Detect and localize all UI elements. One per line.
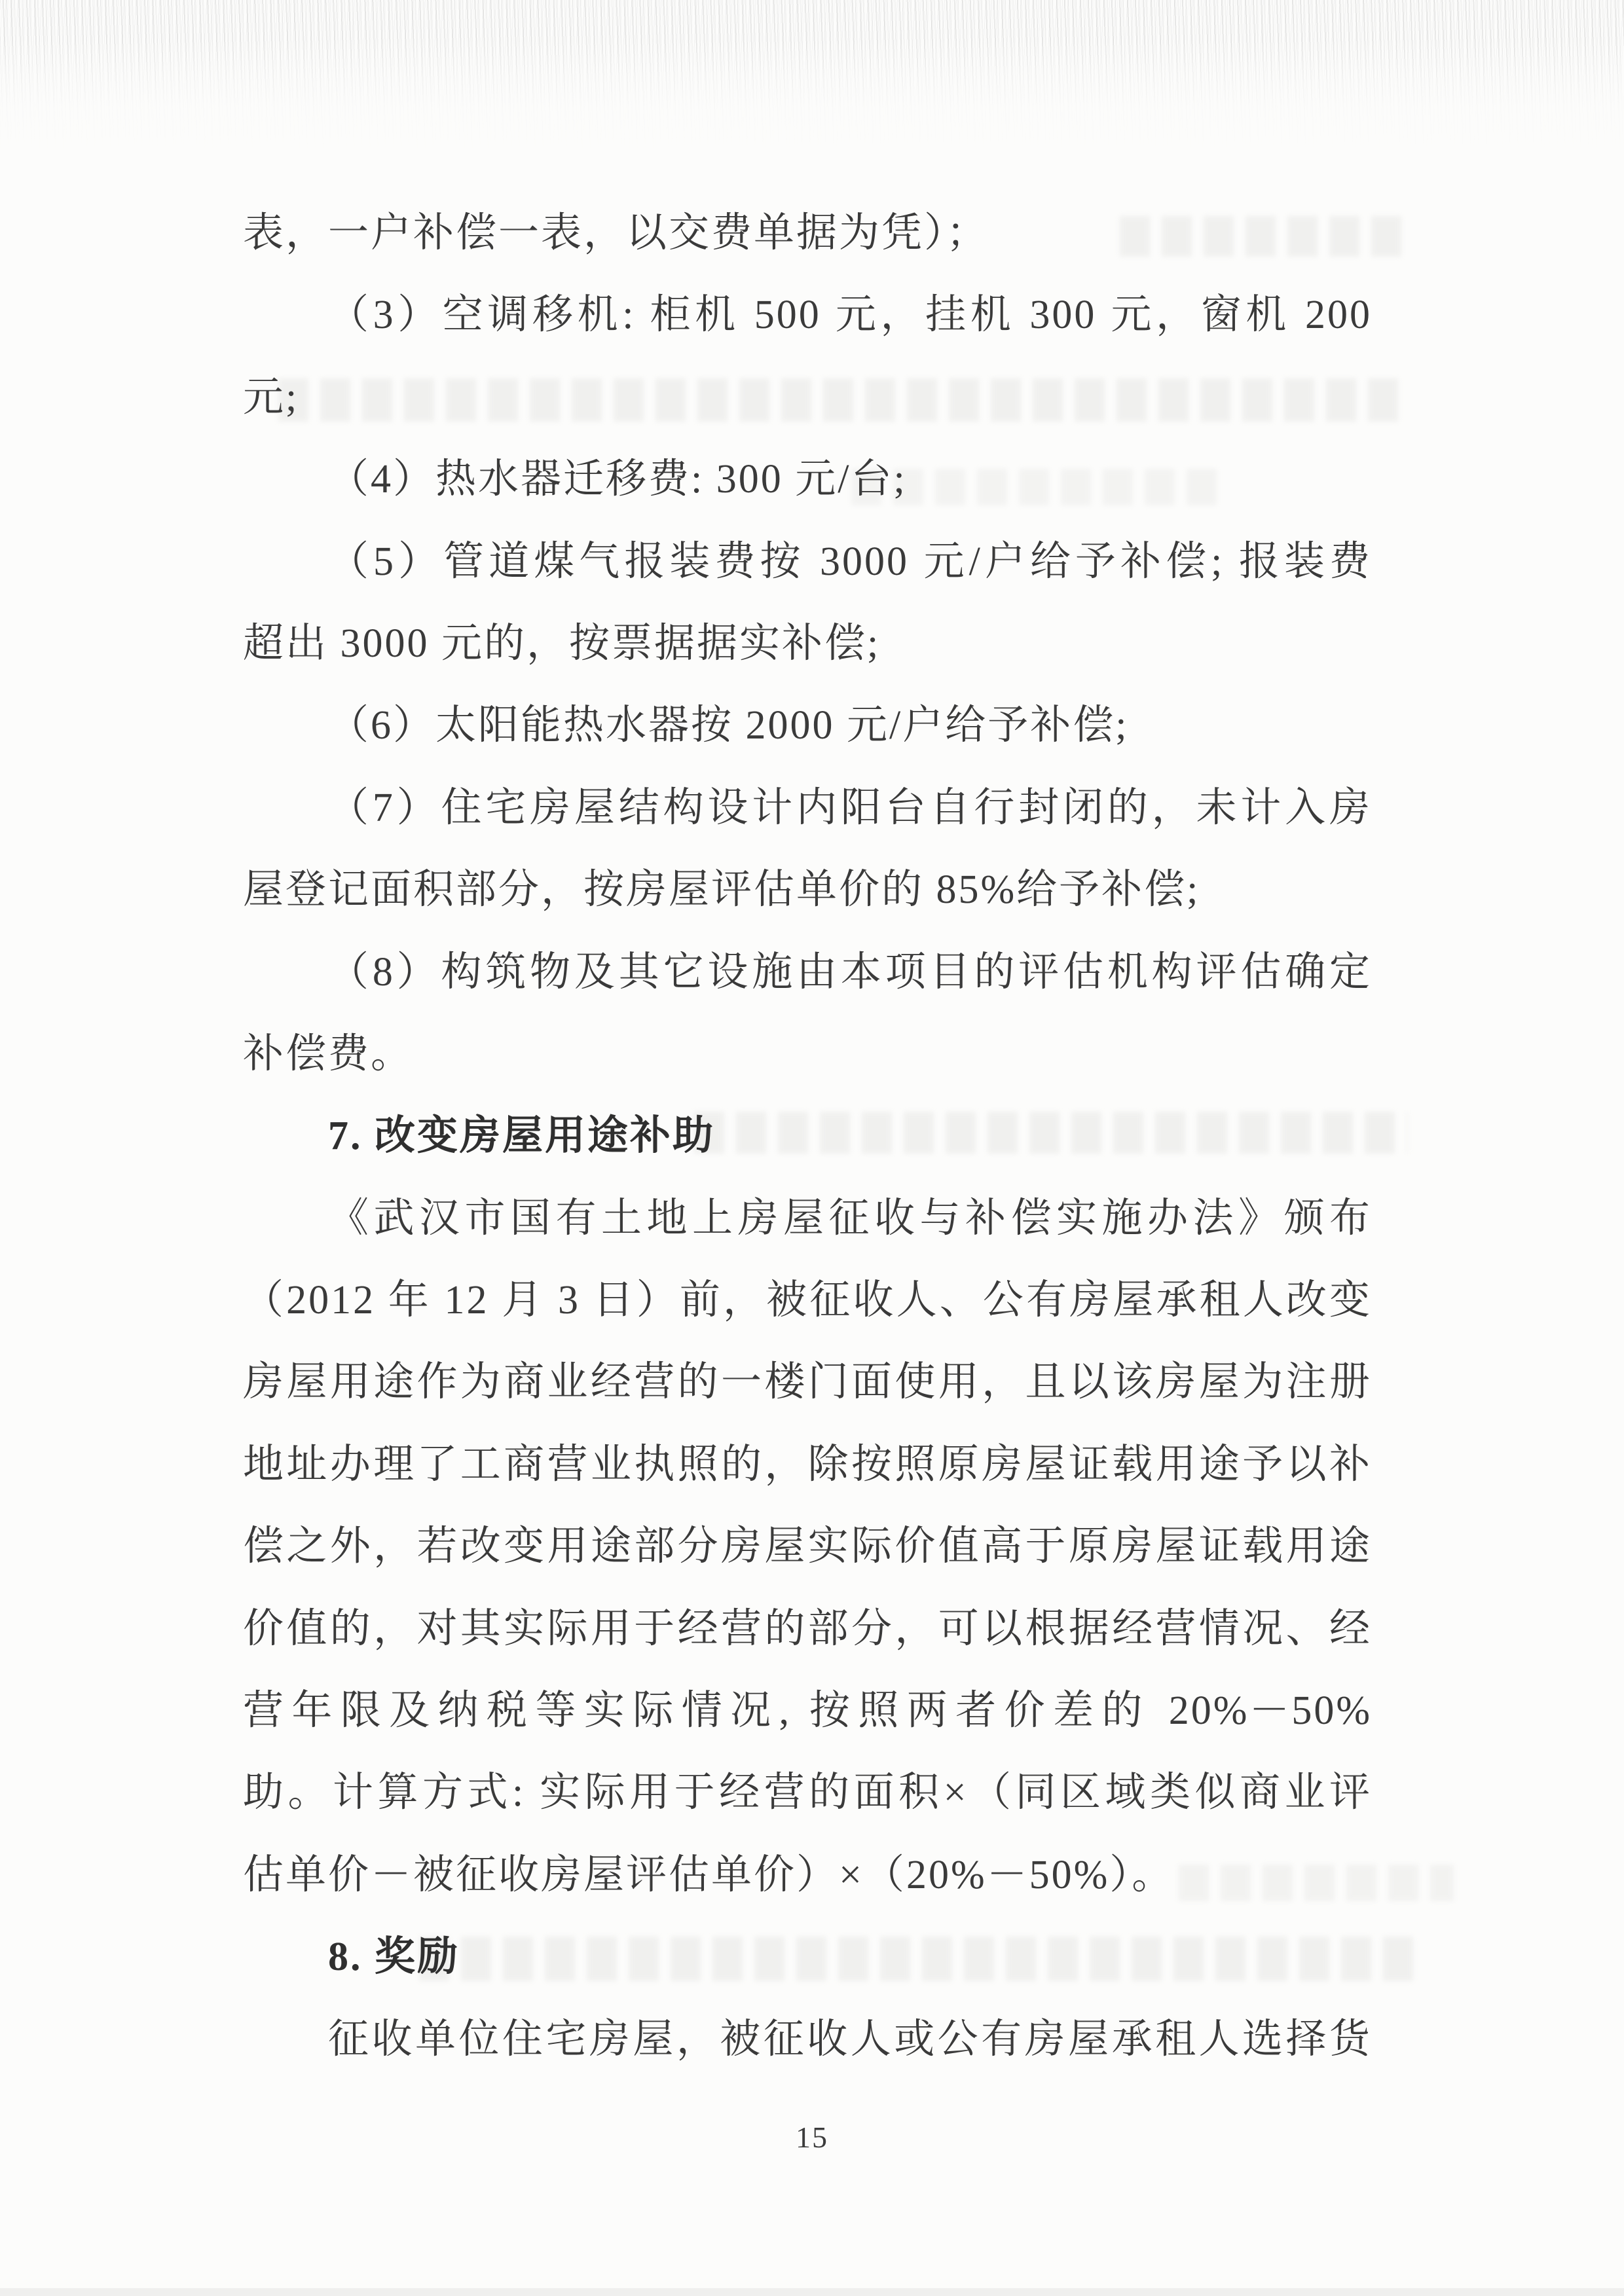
section-heading: 8. 奖励 (243, 1916, 1372, 1998)
scanned-document-page: 表，一户补偿一表，以交费单据为凭）； （3）空调移机: 柜机 500 元，挂机 … (0, 0, 1624, 2296)
text-line: 估单价－被征收房屋评估单价）×（20%－50%）。 (243, 1834, 1372, 1916)
text-line: （8）构筑物及其它设施由本项目的评估机构评估确定 (243, 932, 1372, 1013)
text-line: 地址办理了工商营业执照的，除按照原房屋证载用途予以补 (243, 1424, 1372, 1506)
scan-noise-band (0, 0, 1624, 154)
text-line: 屋登记面积部分，按房屋评估单价的 85%给予补偿; (243, 849, 1372, 931)
document-body: 表，一户补偿一表，以交费单据为凭）； （3）空调移机: 柜机 500 元，挂机 … (243, 192, 1372, 2081)
text-line: 元; (243, 357, 1372, 439)
text-line: （7）住宅房屋结构设计内阳台自行封闭的，未计入房 (243, 767, 1372, 849)
text-line: 营年限及纳税等实际情况, 按照两者价差的 20%－50%给予补 (243, 1670, 1372, 1752)
text-line: 超出 3000 元的，按票据据实补偿; (243, 603, 1372, 685)
text-line: （4）热水器迁移费: 300 元/台; (243, 439, 1372, 520)
text-line: （3）空调移机: 柜机 500 元，挂机 300 元，窗机 200 (243, 274, 1372, 356)
text-line: 偿之外，若改变用途部分房屋实际价值高于原房屋证载用途 (243, 1506, 1372, 1588)
scan-edge-bottom (0, 2288, 1624, 2296)
text-line: 价值的，对其实际用于经营的部分，可以根据经营情况、经 (243, 1588, 1372, 1670)
page-number: 15 (0, 2120, 1624, 2155)
text-line: 《武汉市国有土地上房屋征收与补偿实施办法》颁布 (243, 1178, 1372, 1260)
text-line: 助。计算方式: 实际用于经营的面积×（同区域类似商业评 (243, 1752, 1372, 1834)
text-line: 表，一户补偿一表，以交费单据为凭）； (243, 192, 1372, 274)
text-line: （5）管道煤气报装费按 3000 元/户给予补偿; 报装费 (243, 521, 1372, 603)
section-heading: 7. 改变房屋用途补助 (243, 1095, 1372, 1177)
text-line: （2012 年 12 月 3 日）前，被征收人、公有房屋承租人改变 (243, 1260, 1372, 1341)
text-line: 补偿费。 (243, 1013, 1372, 1095)
text-line: 征收单位住宅房屋，被征收人或公有房屋承租人选择货 (243, 1999, 1372, 2081)
text-line: 房屋用途作为商业经营的一楼门面使用，且以该房屋为注册 (243, 1341, 1372, 1423)
text-line: （6）太阳能热水器按 2000 元/户给予补偿; (243, 685, 1372, 767)
